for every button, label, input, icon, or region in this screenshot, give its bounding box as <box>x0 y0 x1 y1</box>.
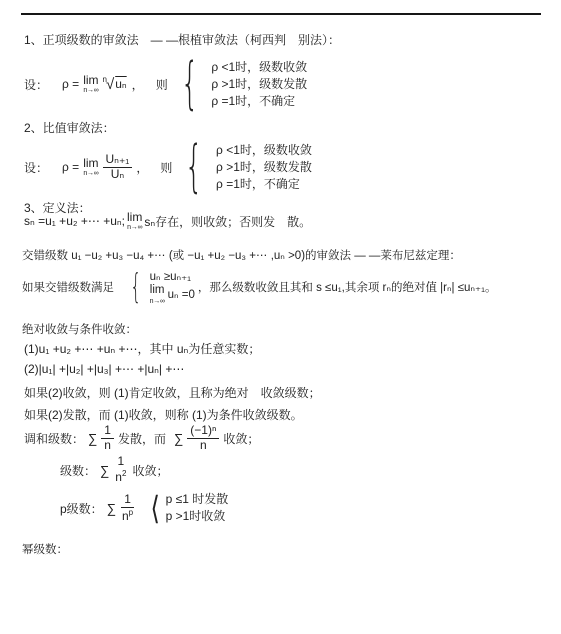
limit-operator: lim n→∞ <box>83 157 98 177</box>
top-rule <box>21 13 541 15</box>
case-row: ρ >1时，级数发散 <box>216 159 312 176</box>
she-label: 设： <box>24 76 48 93</box>
definition-formula: sₙ =u₁ +u₂ +⋯ +uₙ; lim n→∞ sₙ存在，则收敛；否则发 … <box>24 209 311 233</box>
case-row: p ≤1 时发散 <box>166 491 229 508</box>
limit-operator: lim n→∞ <box>150 285 165 305</box>
document-page: 1、正项级数的审敛法 — —根植审敛法（柯西判 别法）： 设： ρ = lim … <box>0 0 561 634</box>
case-row: ρ =1时，不确定 <box>211 93 307 110</box>
case-row: ρ <1时，级数收敛 <box>211 59 307 76</box>
nth-root-expression: n √ uₙ <box>103 77 128 92</box>
sigma-symbol: ∑ <box>174 431 183 446</box>
abs-conv-line-1: (1)u₁ +u₂ +⋯ +uₙ +⋯，其中 uₙ为任意实数； <box>24 340 260 357</box>
abs-conv-heading: 绝对收敛与条件收敛： <box>22 321 137 337</box>
angle-brace: ⟨ <box>151 489 160 527</box>
condition-row: lim n→∞ uₙ =0 <box>150 285 195 305</box>
fraction-neg1n-over-n: (−1)ⁿ n <box>187 424 219 453</box>
limit-operator: lim n→∞ <box>83 74 98 94</box>
heading-ratio-test: 2、比值审敛法： <box>24 119 115 136</box>
rho-equals: ρ = <box>62 77 79 91</box>
p-series-line: p级数： ∑ 1 np ⟨ p ≤1 时发散 p >1时收敛 <box>60 485 228 531</box>
p-series-cases: p ≤1 时发散 p >1时收敛 <box>166 491 229 525</box>
power-series-heading: 幂级数： <box>22 541 68 557</box>
comma: ， <box>132 76 144 93</box>
ratio-fraction: Uₙ₊₁ Uₙ <box>103 153 133 182</box>
limit-operator: lim n→∞ <box>127 211 142 231</box>
case-row: ρ >1时，级数发散 <box>211 76 307 93</box>
sigma-symbol: ∑ <box>100 463 109 478</box>
she-label: 设： <box>24 159 48 176</box>
rho-equals: ρ = <box>62 160 79 174</box>
left-brace: { <box>185 139 203 195</box>
ratio-test-cases: ρ <1时，级数收敛 ρ >1时，级数发散 ρ =1时，不确定 <box>216 142 312 193</box>
left-brace: { <box>130 269 141 305</box>
root-test-cases: ρ <1时，级数收敛 ρ >1时，级数发散 ρ =1时，不确定 <box>211 59 307 110</box>
case-row: ρ =1时，不确定 <box>216 176 312 193</box>
then-label: 则 <box>156 76 168 93</box>
fraction-1-over-n2: 1 n2 <box>113 455 128 485</box>
heading-positive-series-test: 1、正项级数的审敛法 — —根植审敛法（柯西判 别法）： <box>24 31 340 48</box>
sigma-symbol: ∑ <box>107 501 116 516</box>
leibniz-conditions: uₙ ≥uₙ₊₁ lim n→∞ uₙ =0 <box>150 269 195 305</box>
abs-conv-line-2: (2)|u₁| +|u₂| +|u₃| +⋯ +|uₙ| +⋯ <box>24 362 184 376</box>
left-brace: { <box>181 56 199 112</box>
condition-row: uₙ ≥uₙ₊₁ <box>150 269 195 285</box>
root-test-formula: 设： ρ = lim n→∞ n √ uₙ ， 则 { ρ <1时，级数收敛 ρ… <box>24 54 307 114</box>
comma: ， <box>136 159 148 176</box>
harmonic-series-line: 调和级数： ∑ 1 n 发散，而 ∑ (−1)ⁿ n 收敛； <box>24 421 259 455</box>
then-label: 则 <box>160 159 172 176</box>
alternating-series-heading: 交错级数 u₁ −u₂ +u₃ −u₄ +⋯ (或 −u₁ +u₂ −u₃ +⋯… <box>22 247 461 263</box>
ratio-test-formula: 设： ρ = lim n→∞ Uₙ₊₁ Uₙ ， 则 { ρ <1时，级数收敛 … <box>24 136 312 198</box>
square-series-line: 级数： ∑ 1 n2 收敛； <box>60 453 168 487</box>
radical-sign: √ <box>106 77 114 92</box>
sigma-symbol: ∑ <box>88 431 97 446</box>
case-row: ρ <1时，级数收敛 <box>216 142 312 159</box>
leibniz-condition-line: 如果交错级数满足 { uₙ ≥uₙ₊₁ lim n→∞ uₙ =0 ，那么级数收… <box>22 267 496 307</box>
abs-conv-line-3: 如果(2)收敛，则 (1)肯定收敛，且称为绝对 收敛级数； <box>24 384 321 401</box>
fraction-1-over-n: 1 n <box>101 424 114 453</box>
case-row: p >1时收敛 <box>166 508 229 525</box>
fraction-1-over-np: 1 np <box>120 493 135 524</box>
